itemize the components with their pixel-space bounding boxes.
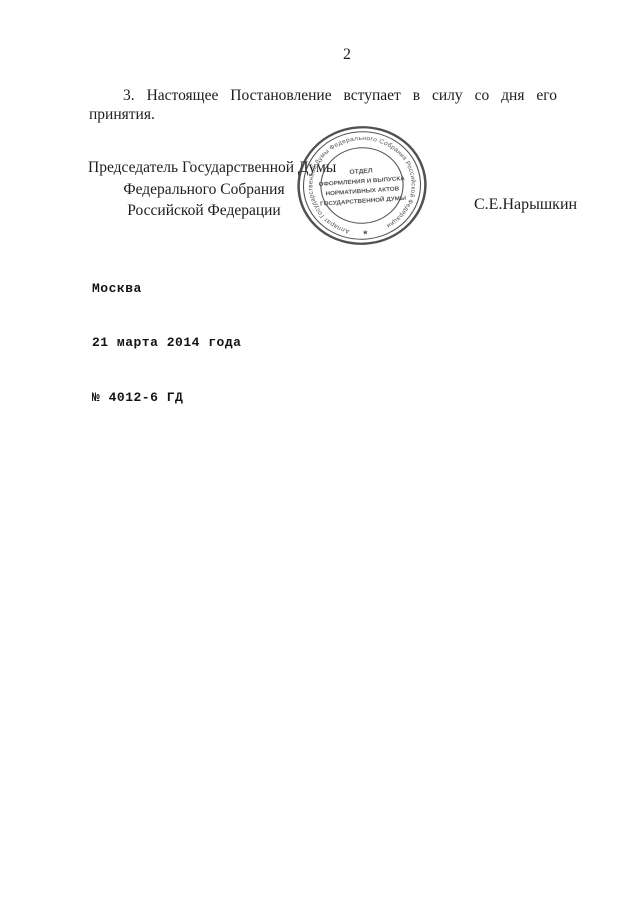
page-number: 2 <box>89 46 605 64</box>
signatory-title: Председатель Государственной Думы Федера… <box>88 157 320 222</box>
document-page: 2 3. Настоящее Постановление вступает в … <box>0 0 640 905</box>
issue-city: Москва <box>92 280 241 298</box>
signatory-title-line-3: Российской Федерации <box>88 200 320 222</box>
stamp-seal-icon: Аппарат Государственной Думы Федеральног… <box>291 119 433 251</box>
issue-date: 21 марта 2014 года <box>92 334 241 352</box>
signatory-title-line-1: Председатель Государственной Думы <box>88 157 320 179</box>
official-round-stamp: Аппарат Государственной Думы Федеральног… <box>291 119 433 251</box>
issue-number: № 4012-6 ГД <box>92 389 241 407</box>
stamp-center-line-3: НОРМАТИВНЫХ АКТОВ <box>325 186 400 197</box>
stamp-star-icon: ★ <box>362 229 369 237</box>
issue-details: Москва 21 марта 2014 года № 4012-6 ГД <box>92 243 241 444</box>
body-paragraph: 3. Настоящее Постановление вступает в си… <box>89 86 557 124</box>
signatory-name: С.Е.Нарышкин <box>474 196 577 214</box>
signatory-title-line-2: Федерального Собрания <box>88 179 320 201</box>
stamp-center-line-1: ОТДЕЛ <box>349 168 373 176</box>
